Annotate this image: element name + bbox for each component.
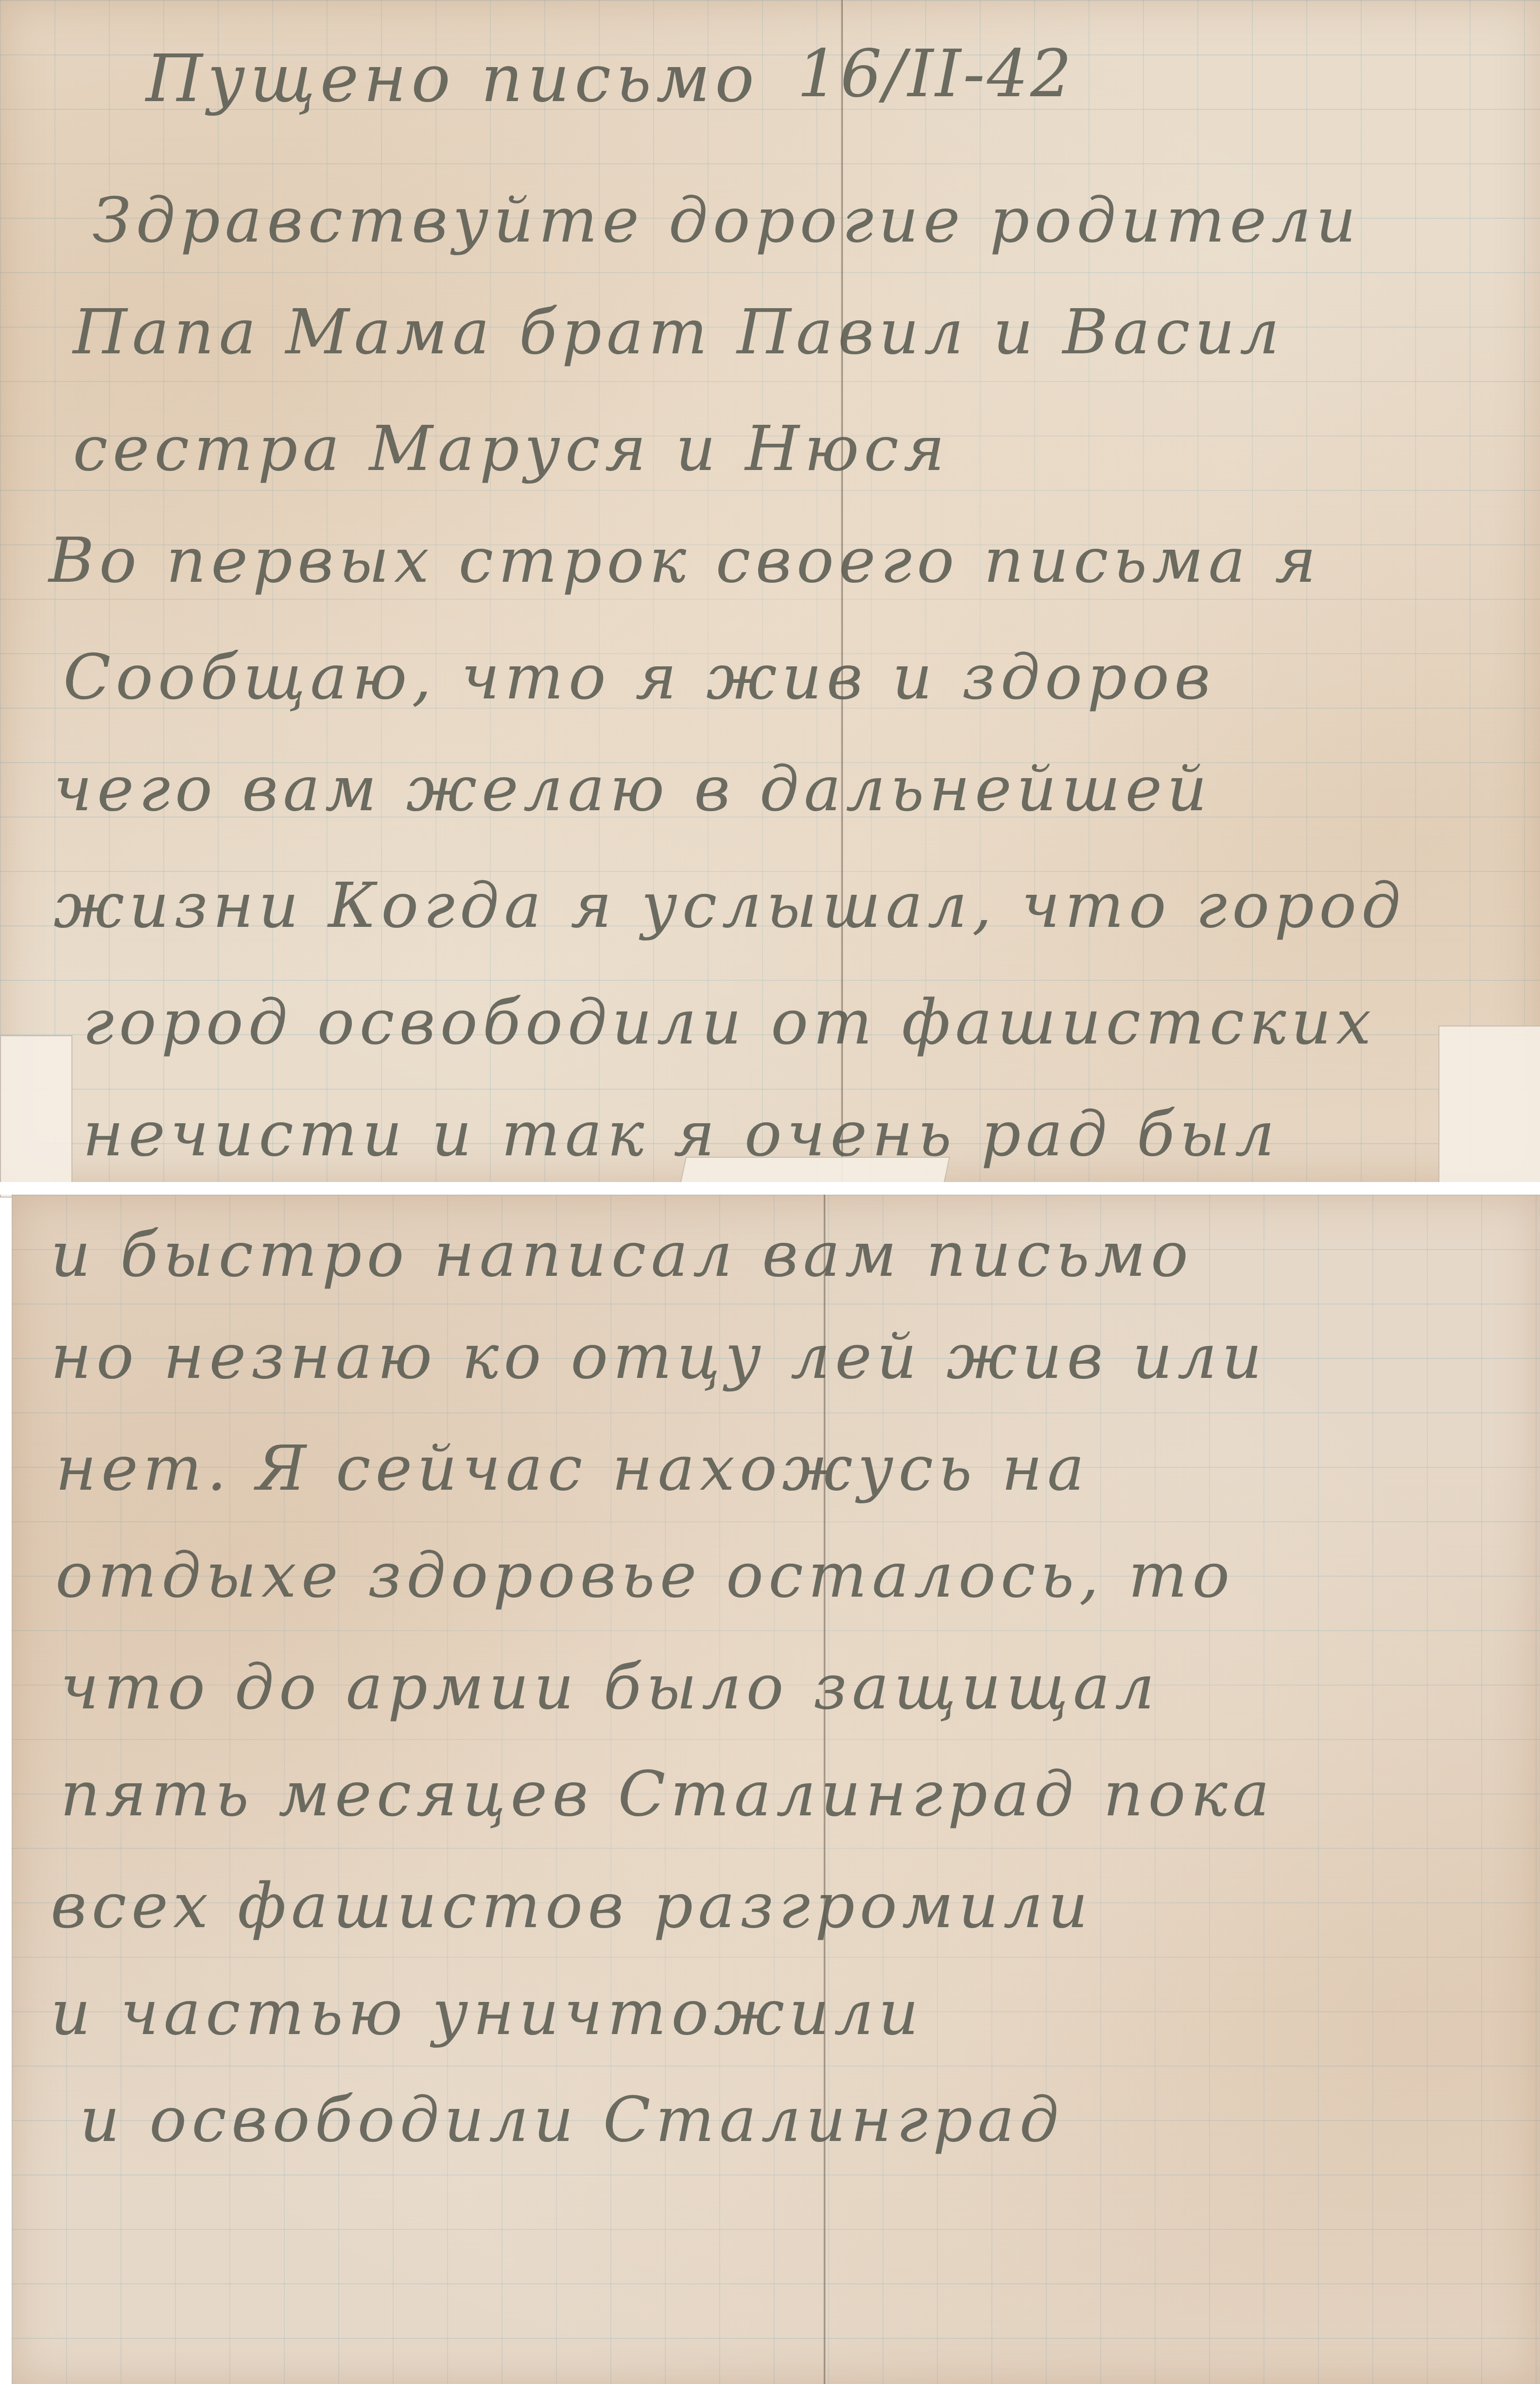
letter-date: 16/II-42 [797, 41, 1073, 106]
letter-line: что до армии было защищал [60, 1656, 1159, 1719]
mounting-tape [1438, 1026, 1540, 1188]
letter-line: Во первых строк своего письма я [49, 530, 1321, 592]
letter-line: отдыхе здоровье осталось, то [55, 1545, 1234, 1607]
letter-line: нет. Я сейчас нахожусь на [55, 1438, 1089, 1500]
letter-line: но незнаю ко отцу лей жив или [51, 1326, 1267, 1388]
letter-line: сестра Маруся и Нюся [73, 418, 950, 480]
letter-line: и быстро написал вам письмо [51, 1224, 1193, 1286]
letter-sheet-bottom: и быстро написал вам письмо но незнаю ко… [12, 1195, 1540, 2384]
letter-line: город освободили от фашистских [83, 992, 1376, 1054]
letter-line: всех фашистов разгромили [51, 1875, 1093, 1937]
letter-line: нечисти и так я очень рад был [83, 1103, 1280, 1166]
letter-line: чего вам желаю в дальнейшей [53, 758, 1212, 820]
greeting-line: Здравствуйте дорогие родители [92, 190, 1361, 252]
sheet-seam [0, 1182, 1540, 1195]
letter-line: пять месяцев Сталинград пока [60, 1763, 1274, 1826]
letter-line: Папа Мама брат Павил и Васил [73, 301, 1284, 364]
letter-line: Сообщаю, что я жив и здоров [63, 646, 1215, 709]
letter-line: жизни Когда я услышал, что город [53, 875, 1405, 937]
letter-line: и частью уничтожили [51, 1982, 923, 2044]
sent-label: Пущено письмо [146, 46, 759, 111]
letter-closing-line: и освободили Сталинград [80, 2089, 1064, 2151]
mounting-tape [0, 1035, 72, 1198]
letter-sheet-top: Пущено письмо 16/II-42 Здравствуйте доро… [0, 0, 1540, 1182]
